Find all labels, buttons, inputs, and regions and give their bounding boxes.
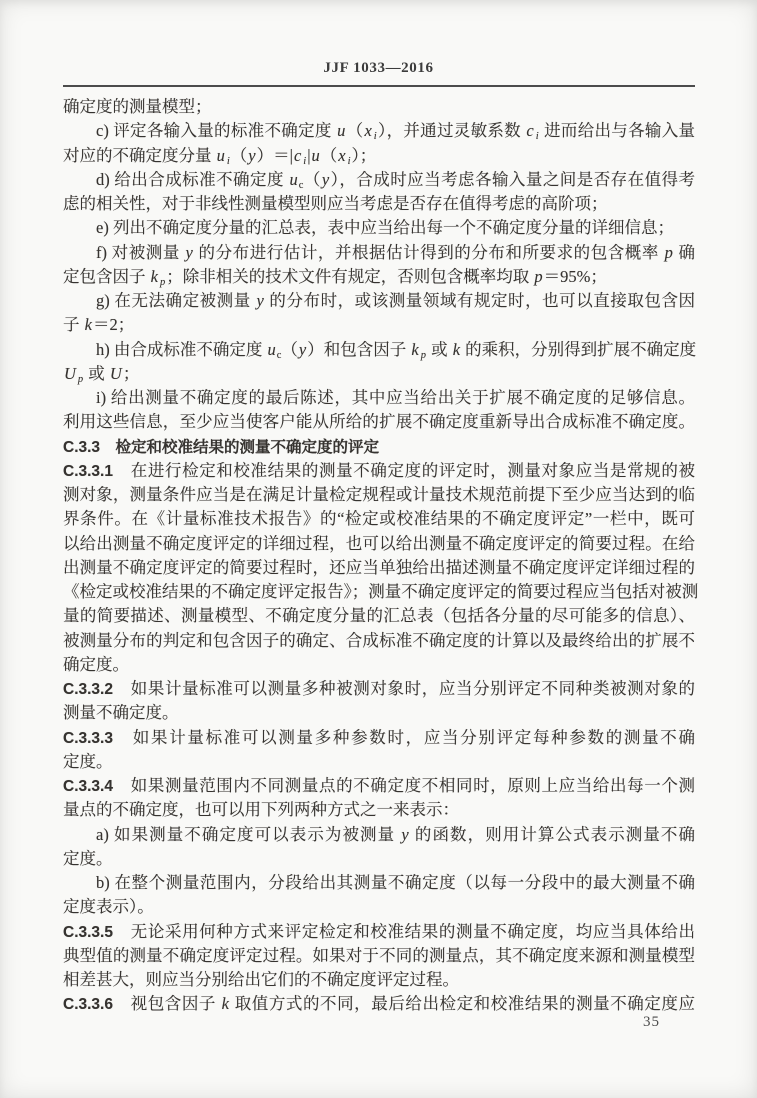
text-line: 出测量不确定度评定的简要过程时，还应当单独给出描述测量不确定度评定详细过程的 xyxy=(63,556,695,580)
body-text: 确定度的测量模型； c) 评定各输入量的标准不确定度 u（xi），并通过灵敏系数… xyxy=(63,95,695,1017)
text-line: Up 或 U； xyxy=(63,362,695,386)
list-item-e: e) 列出不确定度分量的汇总表，表中应当给出每一个不确定度分量的详细信息； xyxy=(63,216,695,240)
list-item-d: d) 给出合成标准不确定度 uc（y），合成时应当考虑各输入量之间是否存在值得考 xyxy=(63,168,695,192)
clause-heading-c33: C.3.3 检定和校准结果的测量不确定度的评定 xyxy=(63,435,695,459)
list-item-i: i) 给出测量不确定度的最后陈述，其中应当给出关于扩展不确定度的足够信息。 xyxy=(63,386,695,410)
text-line: 定度。 xyxy=(63,847,695,871)
text-line: 量的简要描述、测量模型、不确定度分量的汇总表（包括各分量的尽可能多的信息）、 xyxy=(63,604,695,628)
text-line: 定度。 xyxy=(63,750,695,774)
list-item-h: h) 由合成标准不确定度 uc（y）和包含因子 kp 或 k 的乘积，分别得到扩… xyxy=(63,338,695,362)
text-line: 相差甚大，则应当分别给出它们的不确定度评定过程。 xyxy=(63,968,695,992)
list-item-c: c) 评定各输入量的标准不确定度 u（xi），并通过灵敏系数 ci 进而给出与各… xyxy=(63,119,695,143)
clause-c331: C.3.3.1 在进行检定和校准结果的测量不确定度的评定时，测量对象应当是常规的… xyxy=(63,459,695,483)
header-rule xyxy=(63,85,695,87)
text-line: 测量不确定度。 xyxy=(63,701,695,725)
text-line: 界条件。在《计量标准技术报告》的“检定或校准结果的不确定度评定”一栏中，既可 xyxy=(63,507,695,531)
text-line: 定度表示）。 xyxy=(63,895,695,919)
clause-c334: C.3.3.4 如果测量范围内不同测量点的不确定度不相同时，原则上应当给出每一个… xyxy=(63,774,695,798)
text-line: 《检定或校准结果的不确定度评定报告》；测量不确定度评定的简要过程应当包括对被测 xyxy=(63,580,695,604)
document-page: JJF 1033—2016 确定度的测量模型； c) 评定各输入量的标准不确定度… xyxy=(0,0,757,1098)
list-item-b: b) 在整个测量范围内，分段给出其测量不确定度（以每一分段中的最大测量不确 xyxy=(63,871,695,895)
list-item-g: g) 在无法确定被测量 y 的分布时，或该测量领域有规定时，也可以直接取包含因 xyxy=(63,289,695,313)
text-line: 被测量分布的判定和包含因子的确定、合成标准不确定度的计算以及最终给出的扩展不 xyxy=(63,629,695,653)
list-item-a: a) 如果测量不确定度可以表示为被测量 y 的函数，则用计算公式表示测量不确 xyxy=(63,823,695,847)
text-line: 虑的相关性，对于非线性测量模型则应当考虑是否存在值得考虑的高阶项； xyxy=(63,192,695,216)
clause-c333: C.3.3.3 如果计量标准可以测量多种参数时，应当分别评定每种参数的测量不确 xyxy=(63,726,695,750)
page-number: 35 xyxy=(63,1014,660,1031)
text-line: 量点的不确定度，也可以用下列两种方式之一来表示： xyxy=(63,798,695,822)
text-line: 典型值的测量不确定度评定过程。如果对于不同的测量点，其不确定度来源和测量模型 xyxy=(63,944,695,968)
text-line: 对应的不确定度分量 ui（y）＝|ci|u（xi）； xyxy=(63,144,695,168)
text-line: 确定度的测量模型； xyxy=(63,95,695,119)
text-line: 以给出测量不确定度评定的详细过程，也可以给出测量不确定度评定的简要过程。在给 xyxy=(63,532,695,556)
clause-c332: C.3.3.2 如果计量标准可以测量多种被测对象时，应当分别评定不同种类被测对象… xyxy=(63,677,695,701)
text-line: 测对象，测量条件应当是在满足计量检定规程或计量技术规范前提下至少应当达到的临 xyxy=(63,483,695,507)
text-line: 确定度。 xyxy=(63,653,695,677)
clause-c335: C.3.3.5 无论采用何种方式来评定检定和校准结果的测量不确定度，均应当具体给… xyxy=(63,920,695,944)
text-line: 定包含因子 kp；除非相关的技术文件有规定，否则包含概率均取 p＝95%； xyxy=(63,265,695,289)
list-item-f: f) 对被测量 y 的分布进行估计，并根据估计得到的分布和所要求的包含概率 p … xyxy=(63,241,695,265)
clause-c336: C.3.3.6 视包含因子 k 取值方式的不同，最后给出检定和校准结果的测量不确… xyxy=(63,992,695,1016)
standard-number: JJF 1033—2016 xyxy=(0,60,757,77)
text-line: 子 k＝2； xyxy=(63,313,695,337)
text-line: 利用这些信息，至少应当使客户能从所给的扩展不确定度重新导出合成标准不确定度。 xyxy=(63,410,695,434)
